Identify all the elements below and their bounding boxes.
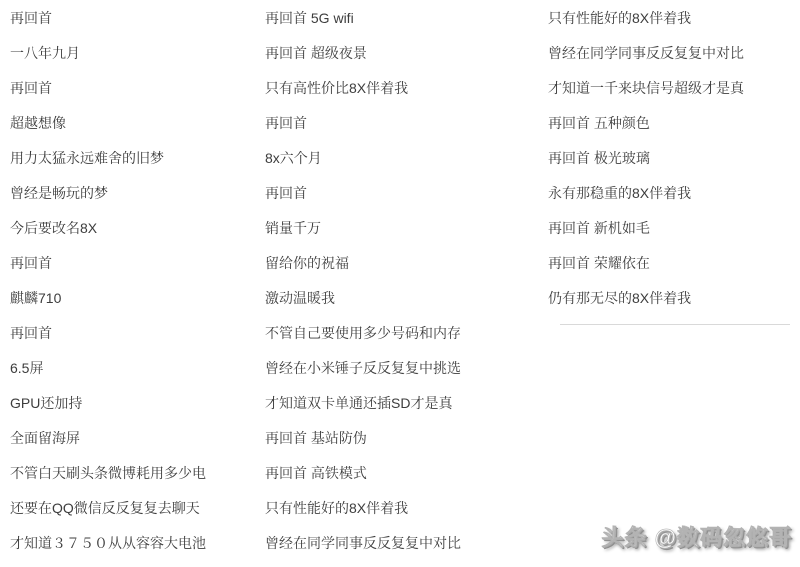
lyric-line: 再回首 bbox=[265, 113, 540, 148]
lyric-line: 6.5屏 bbox=[10, 358, 260, 393]
lyric-line: 才知道一千来块信号超级才是真 bbox=[548, 78, 796, 113]
lyric-line: 曾经在同学同事反反复复中对比 bbox=[265, 533, 540, 567]
lyric-line: 再回首 5G wifi bbox=[265, 8, 540, 43]
lyric-line: 再回首 bbox=[10, 323, 260, 358]
lyric-line: 用力太猛永远难舍的旧梦 bbox=[10, 148, 260, 183]
lyric-line: 不管自己要使用多少号码和内存 bbox=[265, 323, 540, 358]
lyric-line: 全面留海屏 bbox=[10, 428, 260, 463]
lyric-line: 再回首 bbox=[10, 8, 260, 43]
lyric-line: 留给你的祝福 bbox=[265, 253, 540, 288]
lyric-line: 再回首 bbox=[10, 253, 260, 288]
lyrics-page: 再回首一八年九月再回首超越想像用力太猛永远难舍的旧梦曾经是畅玩的梦今后要改名8X… bbox=[0, 0, 800, 567]
lyric-line: 超越想像 bbox=[10, 113, 260, 148]
lyric-line: 今后要改名8X bbox=[10, 218, 260, 253]
lyric-line: 一八年九月 bbox=[10, 43, 260, 78]
lyric-line: 曾经在小米锤子反反复复中挑选 bbox=[265, 358, 540, 393]
toutiao-watermark: 头条 @数码忽悠哥 bbox=[601, 521, 792, 552]
lyric-line: 仍有那无尽的8X伴着我 bbox=[548, 288, 796, 323]
lyrics-column-1: 再回首一八年九月再回首超越想像用力太猛永远难舍的旧梦曾经是畅玩的梦今后要改名8X… bbox=[10, 8, 260, 567]
lyric-line: 再回首 bbox=[265, 183, 540, 218]
lyric-line: 8x六个月 bbox=[265, 148, 540, 183]
lyric-line: 再回首 五种颜色 bbox=[548, 113, 796, 148]
section-divider bbox=[560, 324, 790, 325]
lyric-line: 不管白天刷头条微博耗用多少电 bbox=[10, 463, 260, 498]
lyric-line: 再回首 bbox=[10, 78, 260, 113]
lyric-line: 再回首 荣耀依在 bbox=[548, 253, 796, 288]
lyric-line: 只有高性价比8X伴着我 bbox=[265, 78, 540, 113]
lyric-line: 才知道３７５０从从容容大电池 bbox=[10, 533, 260, 567]
lyric-line: 再回首 超级夜景 bbox=[265, 43, 540, 78]
lyric-line: 还要在QQ微信反反复复去聊天 bbox=[10, 498, 260, 533]
lyric-line: 曾经在同学同事反反复复中对比 bbox=[548, 43, 796, 78]
lyric-line: 激动温暖我 bbox=[265, 288, 540, 323]
lyrics-column-2: 再回首 5G wifi再回首 超级夜景只有高性价比8X伴着我再回首8x六个月再回… bbox=[265, 8, 540, 567]
lyric-line: 再回首 新机如毛 bbox=[548, 218, 796, 253]
lyric-line: 曾经是畅玩的梦 bbox=[10, 183, 260, 218]
lyric-line: 只有性能好的8X伴着我 bbox=[548, 8, 796, 43]
lyric-line: 再回首 基站防伪 bbox=[265, 428, 540, 463]
lyrics-column-3: 只有性能好的8X伴着我曾经在同学同事反反复复中对比才知道一千来块信号超级才是真再… bbox=[548, 8, 796, 325]
lyric-line: 只有性能好的8X伴着我 bbox=[265, 498, 540, 533]
lyric-line: GPU还加持 bbox=[10, 393, 260, 428]
lyric-line: 销量千万 bbox=[265, 218, 540, 253]
lyric-line: 才知道双卡单通还插SD才是真 bbox=[265, 393, 540, 428]
lyric-line: 再回首 高铁模式 bbox=[265, 463, 540, 498]
lyric-line: 再回首 极光玻璃 bbox=[548, 148, 796, 183]
lyric-line: 麒麟710 bbox=[10, 288, 260, 323]
lyric-line: 永有那稳重的8X伴着我 bbox=[548, 183, 796, 218]
